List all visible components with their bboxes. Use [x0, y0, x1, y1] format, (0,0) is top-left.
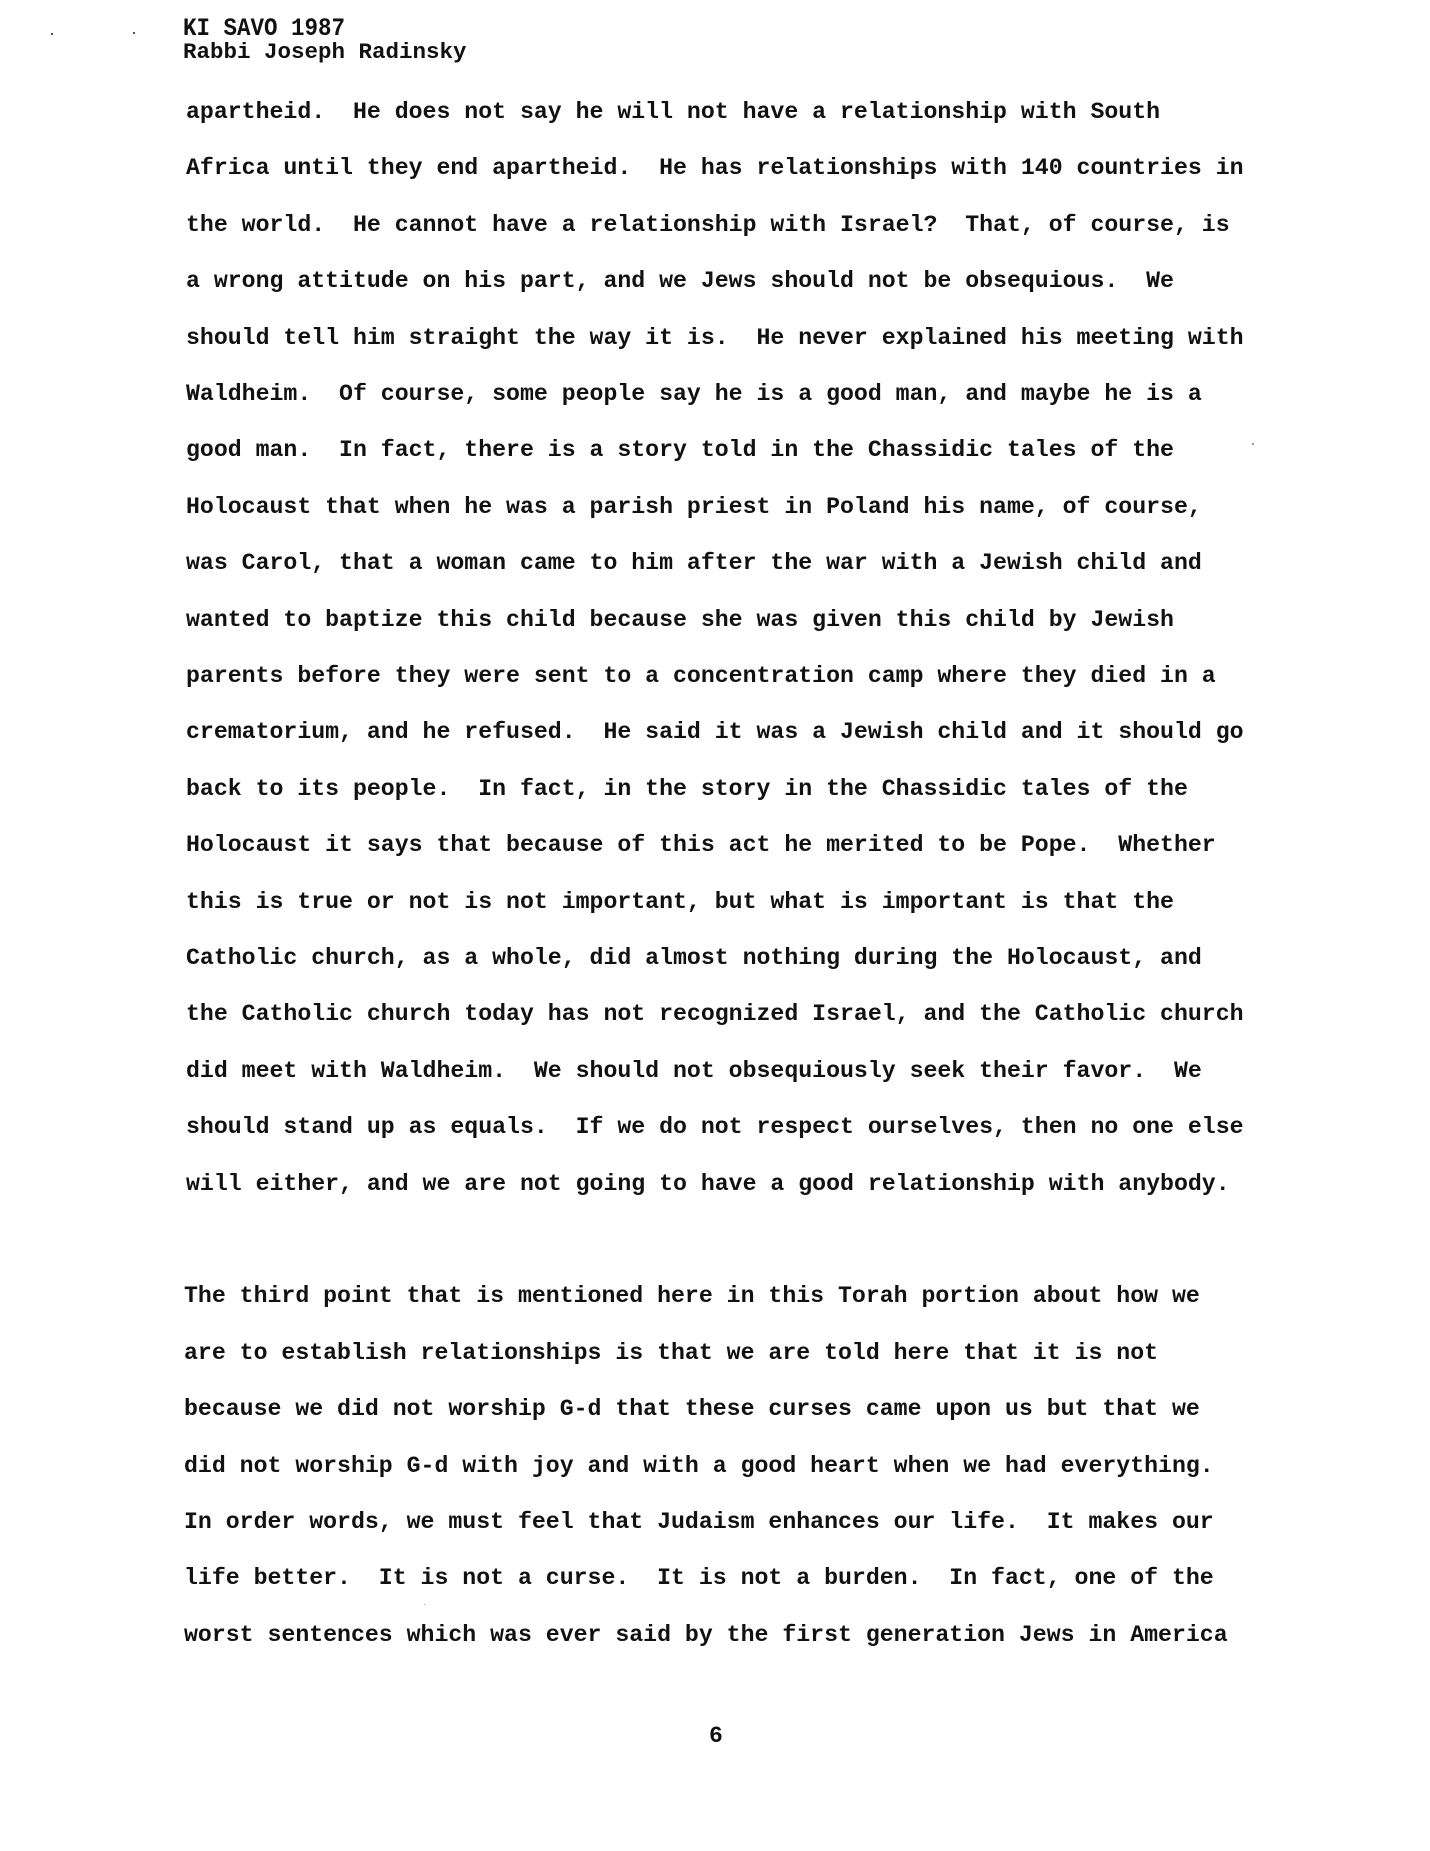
text-line: should stand up as equals. If we do not …: [186, 1113, 1244, 1141]
text-line: life better. It is not a curse. It is no…: [184, 1564, 1214, 1592]
text-line: this is true or not is not important, bu…: [186, 888, 1174, 916]
text-line: will either, and we are not going to hav…: [186, 1170, 1230, 1198]
text-line: Catholic church, as a whole, did almost …: [186, 944, 1202, 972]
scan-speck: [424, 1604, 425, 1605]
text-line: apartheid. He does not say he will not h…: [186, 98, 1160, 126]
text-line: was Carol, that a woman came to him afte…: [186, 549, 1202, 577]
text-line: wanted to baptize this child because she…: [186, 606, 1174, 634]
text-line: the Catholic church today has not recogn…: [186, 1000, 1244, 1028]
text-line: parents before they were sent to a conce…: [186, 662, 1216, 690]
text-line: In order words, we must feel that Judais…: [184, 1508, 1214, 1536]
text-line: good man. In fact, there is a story told…: [186, 436, 1174, 464]
document-title: KI SAVO 1987: [183, 15, 467, 43]
scan-speck: [1252, 443, 1254, 445]
text-line: worst sentences which was ever said by t…: [184, 1621, 1228, 1649]
page-number: 6: [709, 1722, 723, 1750]
text-line: crematorium, and he refused. He said it …: [186, 718, 1244, 746]
document-header: KI SAVO 1987 Rabbi Joseph Radinsky: [183, 15, 467, 65]
text-line: should tell him straight the way it is. …: [186, 324, 1244, 352]
document-author: Rabbi Joseph Radinsky: [183, 40, 467, 65]
text-line: are to establish relationships is that w…: [184, 1339, 1158, 1367]
text-line: Holocaust it says that because of this a…: [186, 831, 1216, 859]
text-line: a wrong attitude on his part, and we Jew…: [186, 267, 1174, 295]
text-line: did not worship G-d with joy and with a …: [184, 1452, 1214, 1480]
document-page: KI SAVO 1987 Rabbi Joseph Radinsky apart…: [0, 0, 1430, 1851]
text-line: did meet with Waldheim. We should not ob…: [186, 1057, 1202, 1085]
text-line: back to its people. In fact, in the stor…: [186, 775, 1188, 803]
text-line: because we did not worship G-d that thes…: [184, 1395, 1200, 1423]
scan-speck: [51, 33, 53, 35]
text-line: the world. He cannot have a relationship…: [186, 211, 1230, 239]
text-line: Africa until they end apartheid. He has …: [186, 154, 1244, 182]
text-line: Waldheim. Of course, some people say he …: [186, 380, 1202, 408]
scan-speck: [133, 32, 135, 34]
text-line: The third point that is mentioned here i…: [184, 1282, 1200, 1310]
text-line: Holocaust that when he was a parish prie…: [186, 493, 1202, 521]
